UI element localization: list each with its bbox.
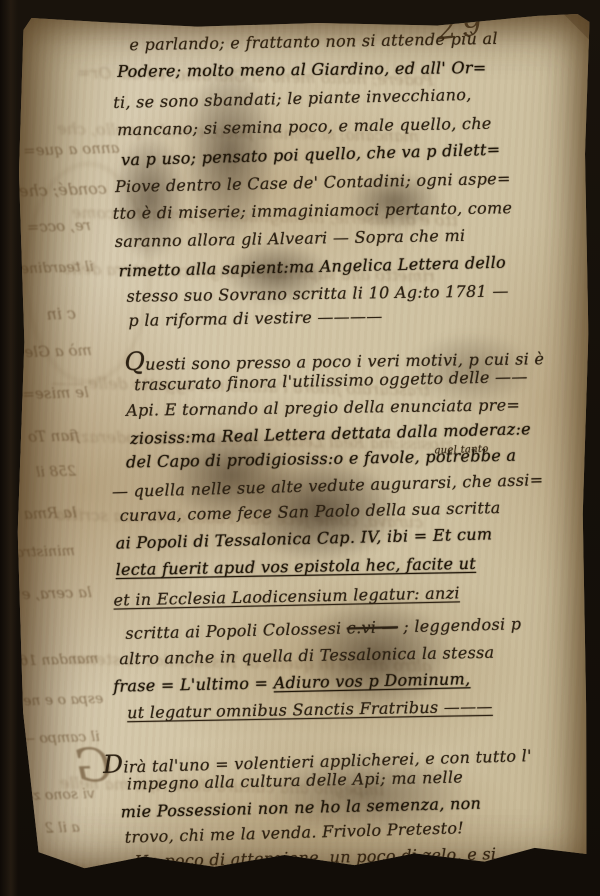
manuscript-line: altro anche in quella di Tessalonica la …: [119, 644, 494, 668]
manuscript-line: Un poco di attenzione, un poco di zelo, …: [134, 845, 496, 870]
manuscript-paper: anno a que=condé; chere, occ=il teardine…: [14, 12, 589, 881]
manuscript-line: scritta ai Popoli Colossesi c.vi — ; leg…: [125, 615, 521, 642]
corner-fold: [563, 14, 589, 40]
manuscript-line: Api. E tornando al pregio della enunciat…: [126, 396, 520, 419]
bleedthrough-echo: Un poco di attenzione, un poco di zelo, …: [74, 861, 423, 884]
manuscript-line: mie Possessioni non ne ho la semenza, no…: [121, 795, 482, 821]
manuscript-line: et in Ecclesia Laodicensium legatur: anz…: [113, 584, 460, 609]
manuscript-line: mancano; si semina poco, e male quello, …: [117, 115, 492, 139]
manuscript-line: — quella nelle sue alte vedute augurarsi…: [112, 471, 544, 501]
manuscript-line: ut legatur omnibus Sanctis Fratribus ———: [127, 698, 493, 722]
manuscript-line: rimetto alla sapient:ma Angelica Lettera…: [118, 254, 506, 280]
manuscript-line: p la riforma di vestire ————: [128, 308, 382, 330]
manuscript-line: quel tanto: [434, 444, 489, 457]
book-gutter-shadow: [0, 0, 18, 896]
manuscript-line: ai Popoli di Tessalonica Cap. IV, ibi = …: [116, 525, 493, 552]
manuscript-line: lecta fuerit apud vos epistola hec, faci…: [115, 555, 476, 579]
manuscript-line: saranno allora gli Alveari — Sopra che m…: [115, 227, 466, 251]
handwritten-text-layer: e parlando; e frattanto non si attende p…: [14, 12, 589, 881]
manuscript-line: ti, se sono sbandati; le piante invecchi…: [113, 86, 472, 112]
manuscript-line: Piove dentro le Case de' Contadini; ogni…: [115, 170, 511, 196]
page-number-flourish: 29: [436, 7, 490, 48]
manuscript-line: va p uso; pensato poi quello, che va p d…: [121, 141, 501, 169]
manuscript-line: frase = L'ultimo = Adiuro vos p Dominum,: [113, 670, 471, 695]
scanned-manuscript-page: anno a que=condé; chere, occ=il teardine…: [0, 0, 600, 896]
manuscript-line: trovo, chi me la venda. Frivolo Pretesto…: [124, 819, 464, 846]
manuscript-line: tto è di miserie; immaginiamoci pertanto…: [113, 199, 513, 222]
manuscript-line: stesso suo Sovrano scritta li 10 Ag:to 1…: [126, 282, 508, 305]
manuscript-line: Podere; molto meno al Giardino, ed all' …: [117, 59, 486, 80]
manuscript-line: curava, come fece San Paolo della sua sc…: [120, 499, 501, 525]
